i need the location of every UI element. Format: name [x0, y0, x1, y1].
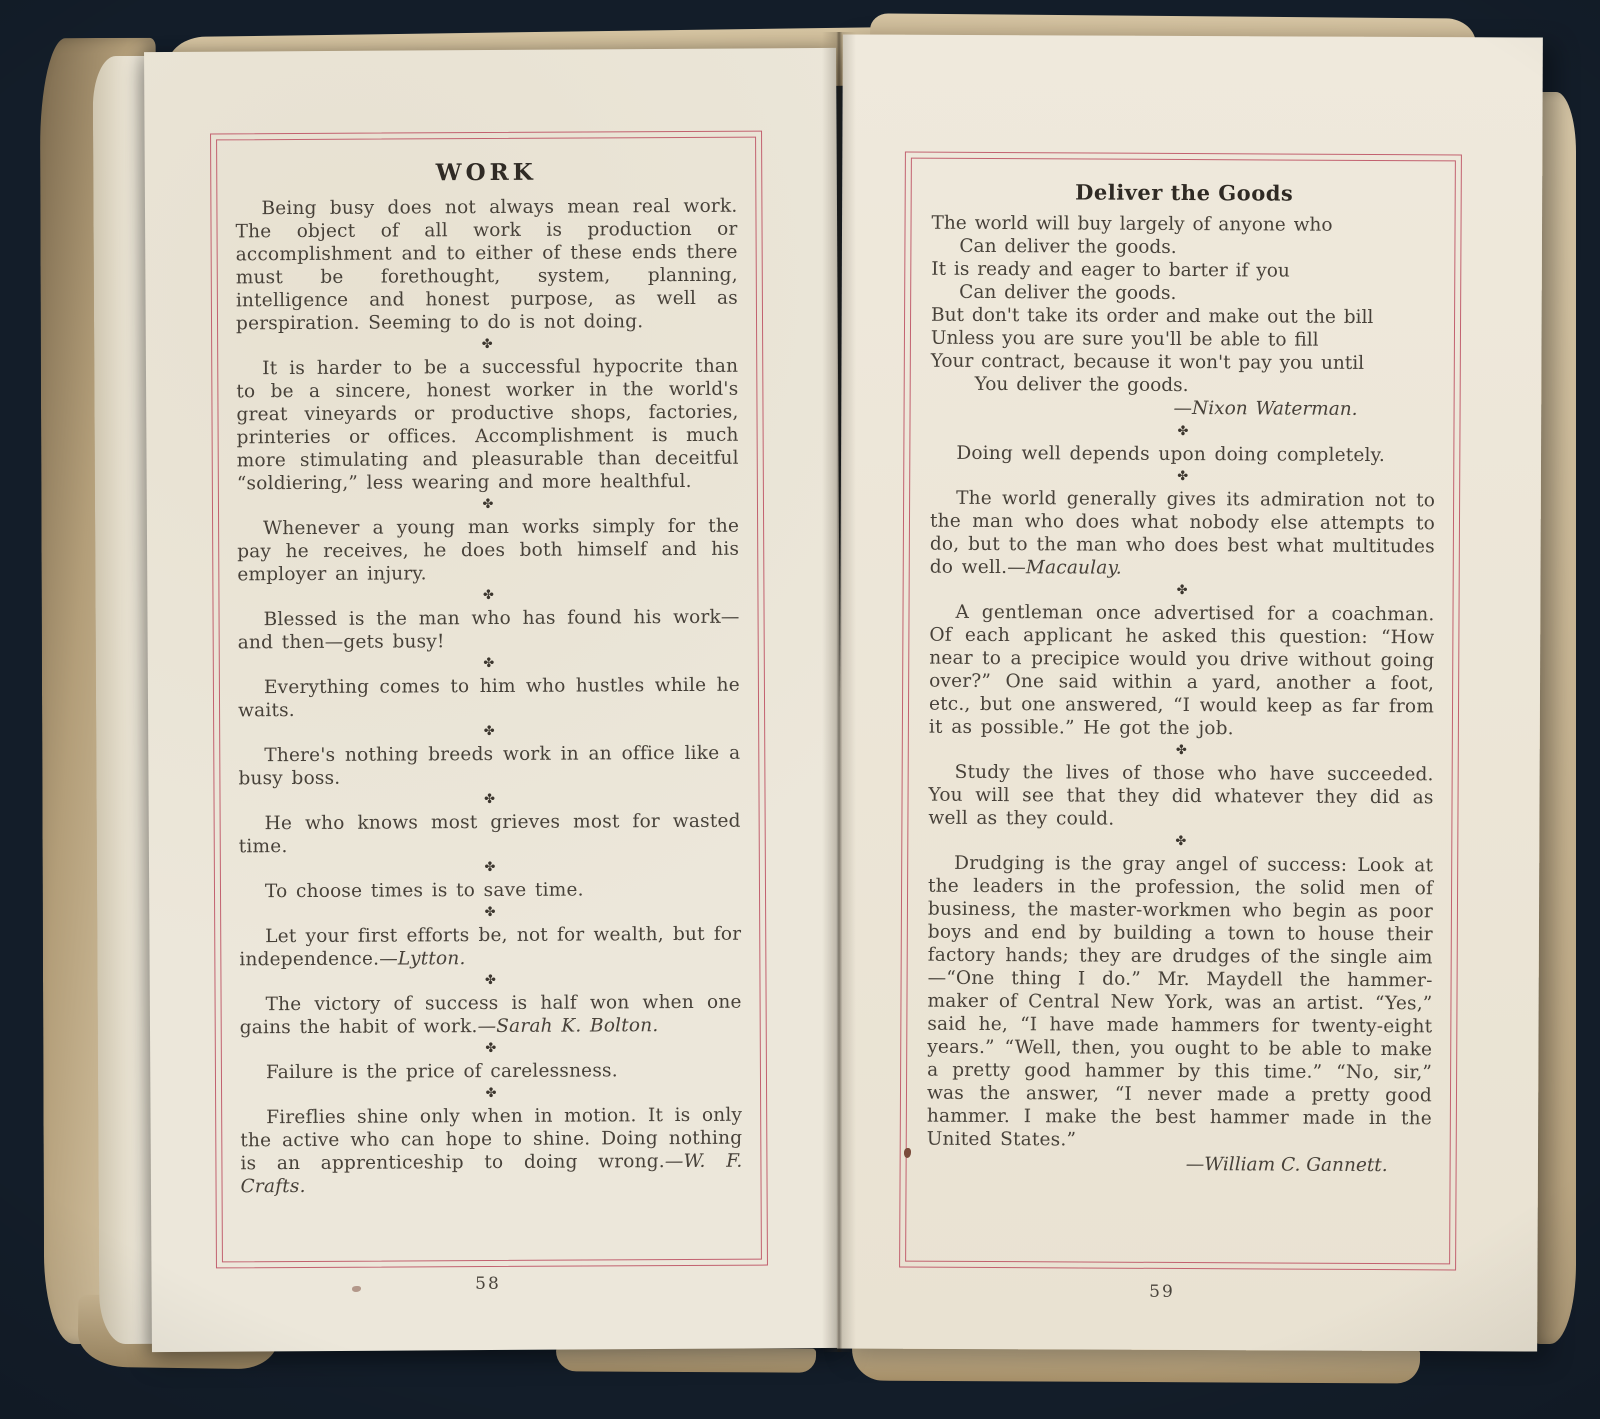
florette-divider-icon: ✤	[929, 741, 1434, 762]
right-page-number: 59	[902, 1282, 1422, 1302]
florette-divider-icon: ✤	[240, 1084, 742, 1105]
florette-divider-icon: ✤	[930, 581, 1435, 602]
right-page-text-area: Deliver the Goods The world will buy lar…	[905, 158, 1456, 1265]
quote-paragraph: It is harder to be a successful hypocrit…	[236, 355, 739, 496]
quote-paragraph: Let your first efforts be, not for wealt…	[239, 923, 741, 972]
quote-paragraph: A gentleman once advertised for a coachm…	[929, 601, 1435, 742]
florette-divider-icon: ✤	[930, 422, 1435, 443]
quote-paragraph: Drudging is the gray angel of success: L…	[927, 852, 1434, 1154]
left-page-text-area: WORK Being busy does not always mean rea…	[216, 137, 762, 1263]
florette-divider-icon: ✤	[239, 971, 741, 992]
poem-line: It is ready and eager to barter if you	[931, 258, 1436, 284]
quote-attribution: —William C. Gannett.	[927, 1152, 1432, 1179]
florette-divider-icon: ✤	[238, 790, 740, 811]
quote-paragraph: Doing well depends upon doing completely…	[930, 442, 1435, 468]
quote-paragraph: Failure is the price of carelessness.	[240, 1059, 742, 1085]
quote-paragraph: Blessed is the man who has found his wor…	[238, 606, 740, 655]
poem-line: The world will buy largely of anyone who	[931, 212, 1436, 238]
right-page-title: Deliver the Goods	[932, 179, 1437, 207]
florette-divider-icon: ✤	[238, 654, 740, 675]
quote-attribution: —Sarah K. Bolton.	[478, 1015, 659, 1037]
poem-line: Can deliver the goods.	[931, 281, 1436, 307]
florette-divider-icon: ✤	[240, 1039, 742, 1060]
left-page-number: 58	[213, 1274, 763, 1294]
quote-paragraph: Fireflies shine only when in motion. It …	[240, 1104, 742, 1199]
quote-paragraph: The victory of success is half won when …	[240, 991, 742, 1040]
left-page-rule-frame: WORK Being busy does not always mean rea…	[210, 131, 768, 1269]
florette-divider-icon: ✤	[236, 335, 738, 356]
poem-line: Can deliver the goods.	[931, 235, 1436, 261]
florette-divider-icon: ✤	[928, 832, 1433, 853]
quote-paragraph: The world generally gives its admiration…	[930, 487, 1435, 582]
poem-attribution: —Nixon Waterman.	[931, 396, 1436, 423]
quote-paragraph: Everything comes to him who hustles whil…	[238, 674, 740, 723]
poem-line: Your contract, because it won't pay you …	[931, 350, 1436, 376]
poem-line: You deliver the goods.	[931, 373, 1436, 399]
tattered-cover-edge-bottom	[556, 1347, 816, 1372]
quote-attribution: —Macaulay.	[1007, 557, 1122, 579]
florette-divider-icon: ✤	[930, 467, 1435, 488]
quote-paragraph: He who knows most grieves most for waste…	[239, 810, 741, 859]
quote-attribution: —Lytton.	[379, 948, 465, 969]
quote-paragraph: Being busy does not always mean real wor…	[235, 195, 738, 336]
left-page-title: WORK	[235, 158, 737, 188]
book-gutter-shadow	[822, 32, 856, 1352]
quote-paragraph: There's nothing breeds work in an office…	[238, 742, 740, 791]
florette-divider-icon: ✤	[238, 722, 740, 743]
florette-divider-icon: ✤	[239, 903, 741, 924]
poem: The world will buy largely of anyone who…	[931, 212, 1437, 423]
florette-divider-icon: ✤	[239, 858, 741, 879]
quote-paragraph: To choose times is to save time.	[239, 878, 741, 904]
book-photograph: WORK Being busy does not always mean rea…	[0, 0, 1600, 1419]
right-page-rule-frame: Deliver the Goods The world will buy lar…	[899, 152, 1462, 1271]
quote-paragraph: Study the lives of those who have succee…	[928, 761, 1433, 833]
quote-paragraph: Whenever a young man works simply for th…	[237, 515, 739, 587]
poem-line: Unless you are sure you'll be able to fi…	[931, 327, 1436, 353]
poem-line: But don't take its order and make out th…	[931, 304, 1436, 330]
florette-divider-icon: ✤	[237, 586, 739, 607]
florette-divider-icon: ✤	[237, 495, 739, 516]
